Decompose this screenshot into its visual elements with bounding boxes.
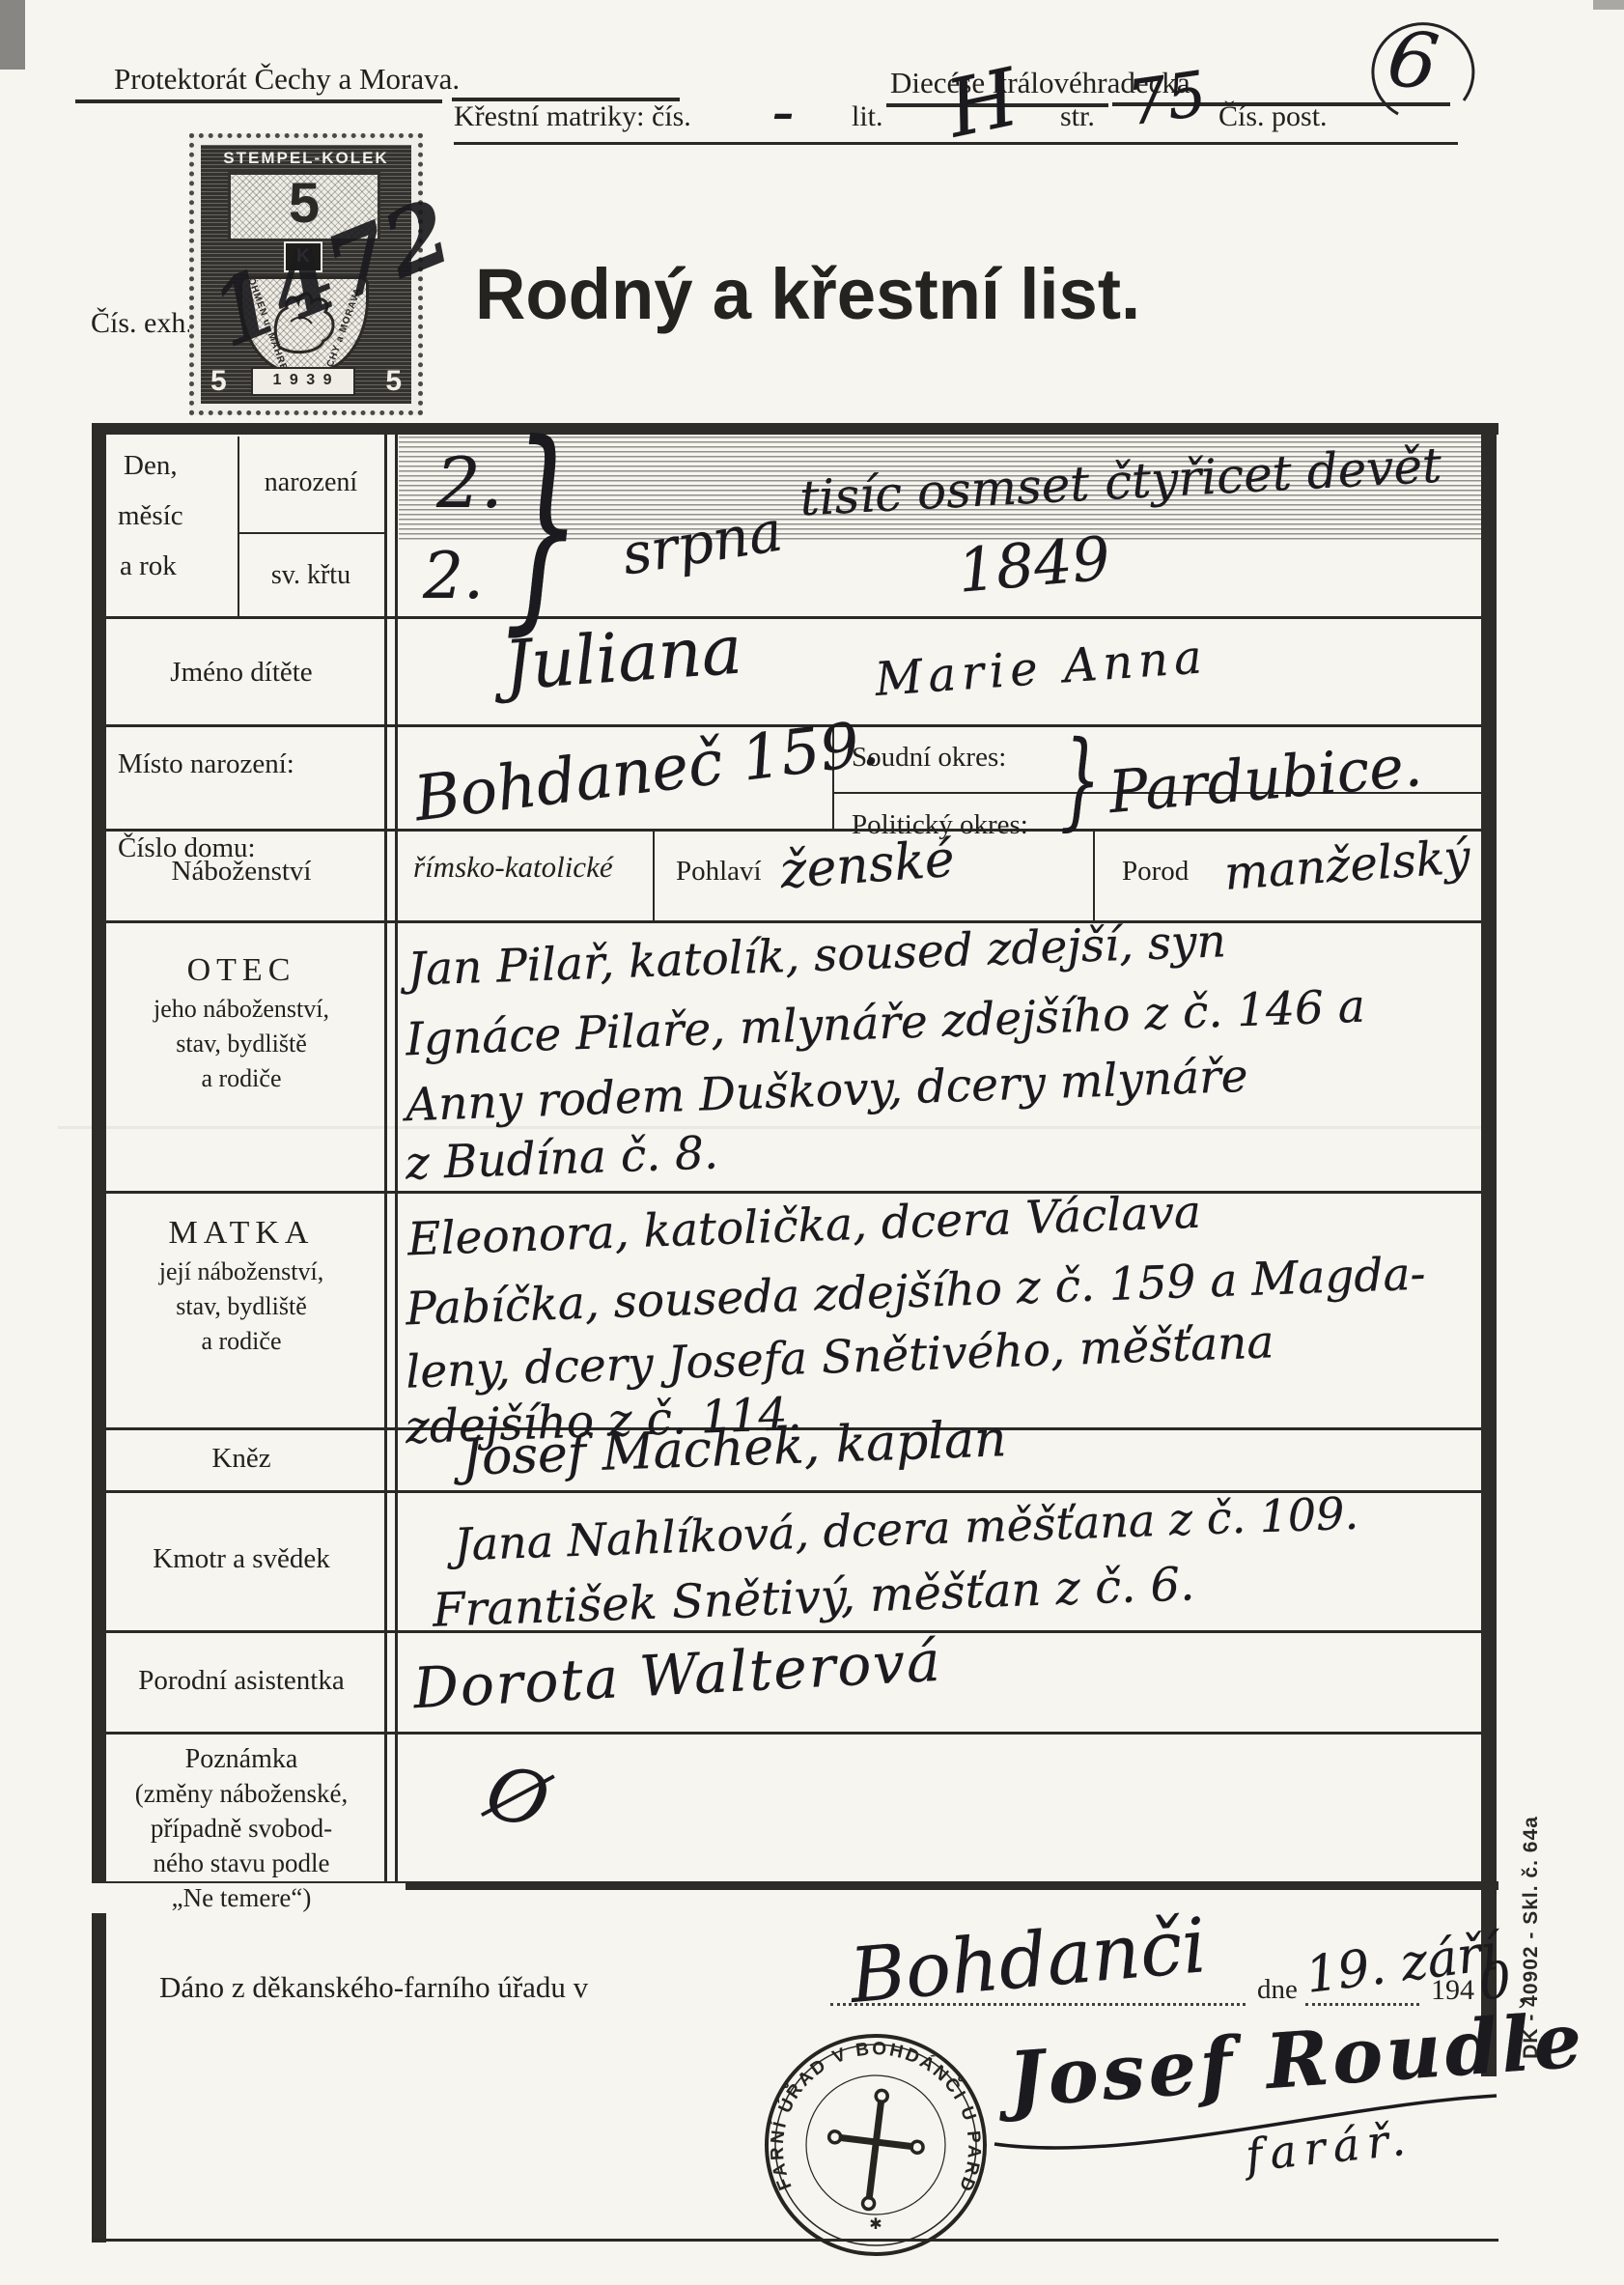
hw-sex: ženské: [778, 831, 956, 900]
birth-type-label: Porod: [1122, 856, 1189, 888]
print-code: DK - 40902 - Skl. č. 64a: [1520, 1763, 1543, 2111]
note-label-line2: (změny náboženské,: [77, 1779, 406, 1809]
row-divider: [106, 616, 1481, 619]
cis-exh-label: Čís. exh.: [91, 307, 193, 340]
child-name-label: Jméno dítěte: [97, 657, 386, 689]
birth-sublabel: narození: [238, 467, 384, 498]
hw-child-name-2: Marie Anna: [873, 630, 1209, 707]
row-divider: [106, 1732, 1481, 1735]
hw-child-name: Juliana: [501, 610, 744, 706]
page-title: Rodný a křestní list.: [475, 253, 1140, 335]
revenue-stamp: STEMPEL-KOLEK 5 K BÖHMEN u. MÄHREN ČECHY…: [189, 133, 423, 415]
issued-date-label: dne: [1257, 1974, 1298, 2006]
hw-father-line4: z Budína č. 8.: [405, 1126, 719, 1190]
note-label-line4: ného stavu podle: [77, 1848, 406, 1878]
scan-smudge: [0, 0, 25, 70]
str-value-hw: 75: [1123, 59, 1211, 141]
note-label-line1: Poznámka: [77, 1744, 406, 1775]
hw-district-brace: }: [1060, 726, 1101, 832]
stamp-year-panel: 1 9 3 9: [251, 367, 355, 396]
baptism-sublabel: sv. křtu: [238, 560, 384, 591]
father-title: OTEC: [97, 952, 386, 989]
mother-title: MATKA: [97, 1215, 386, 1252]
hw-district: Pardubice.: [1106, 732, 1425, 827]
issued-year-prefix: 194: [1431, 1974, 1474, 2007]
row-divider: [106, 920, 1481, 923]
hw-mother-line1: Eleonora, katolička, dcera Václava: [406, 1186, 1202, 1267]
date-label-3: a rok: [120, 550, 177, 582]
birthplace-label: Místo narození:: [118, 748, 294, 780]
stamp-corner-left: 5: [210, 365, 227, 398]
mother-sub2: stav, bydliště: [97, 1292, 386, 1321]
hw-year: 1849: [955, 522, 1113, 606]
note-label-line3: případně svobod-: [77, 1814, 406, 1844]
cis-post-label: Čís. post.: [1218, 100, 1328, 133]
hw-father-line1: Jan Pilař, katolík, soused zdejší, syn: [406, 915, 1226, 997]
religion-divider-v: [653, 829, 655, 920]
hw-witness-line2: František Snětivý, měšťan z č. 6.: [432, 1557, 1195, 1638]
header-region-left: Protektorát Čechy a Morava.: [114, 62, 460, 97]
registry-underline: [454, 142, 1458, 145]
registry-label: Křestní matriky: čís.: [454, 100, 691, 133]
porod-divider-v: [1093, 829, 1095, 920]
father-sub2: stav, bydliště: [97, 1030, 386, 1058]
document-page: Protektorát Čechy a Morava. Diecése král…: [0, 0, 1624, 2285]
father-sub1: jeho náboženství,: [97, 995, 386, 1024]
row-divider: [106, 1630, 1481, 1633]
stamp-year: 1 9 3 9: [273, 372, 334, 388]
registry-number-hw: –: [772, 89, 794, 138]
table-border-right: [1481, 423, 1497, 2076]
seal-cross-icon: [821, 2084, 929, 2214]
witness-label: Kmotr a svědek: [77, 1543, 406, 1575]
hw-baptism-day: 2.: [423, 539, 484, 613]
hw-birth-day: 2.: [436, 442, 503, 523]
note-label-line5: „Ne temere“): [77, 1883, 406, 1913]
scan-smudge: [1593, 0, 1624, 10]
sex-label: Pohlaví: [676, 856, 762, 888]
parish-seal: FARNÍ ÚŘAD V BOHDÁNČI U PARDUBIC. ✱: [755, 2024, 996, 2266]
religion-label: Náboženství: [97, 856, 386, 888]
religion-value: římsko-katolické: [413, 850, 613, 885]
date-label-1: Den,: [124, 450, 178, 482]
header-underline: [75, 99, 442, 103]
row-divider: [106, 1191, 1481, 1194]
hw-note-mark: Ø: [478, 1748, 557, 1846]
hw-midwife: Dorota Walterová: [412, 1628, 944, 1722]
str-label: str.: [1060, 100, 1095, 133]
seal-star-icon: ✱: [869, 2216, 882, 2233]
stamp-header-text: STEMPEL-KOLEK: [201, 149, 411, 168]
scan-crease: [58, 1126, 1487, 1129]
lit-label: lit.: [852, 100, 883, 133]
father-sub3: a rodiče: [97, 1064, 386, 1093]
hw-witness-line1: Jana Nahlíková, dcera měšťana z č. 109.: [453, 1487, 1359, 1571]
issued-date-leader: [1305, 2003, 1419, 2006]
date-label-2: měsíc: [118, 500, 183, 532]
priest-label: Kněz: [97, 1443, 386, 1475]
stamp-corner-right: 5: [385, 365, 402, 398]
date-sublabel-divider-h: [238, 532, 384, 534]
midwife-label: Porodní asistentka: [77, 1665, 406, 1697]
hw-date-brace: }: [504, 415, 581, 637]
table-border-top: [92, 423, 1498, 435]
row-divider: [106, 829, 1481, 832]
issued-statement: Dáno z děkanského-farního úřadu v: [159, 1970, 588, 2005]
mother-sub3: a rodiče: [97, 1327, 386, 1356]
hw-birth-type: manželský: [1222, 830, 1471, 901]
mother-sub1: její náboženství,: [97, 1257, 386, 1286]
